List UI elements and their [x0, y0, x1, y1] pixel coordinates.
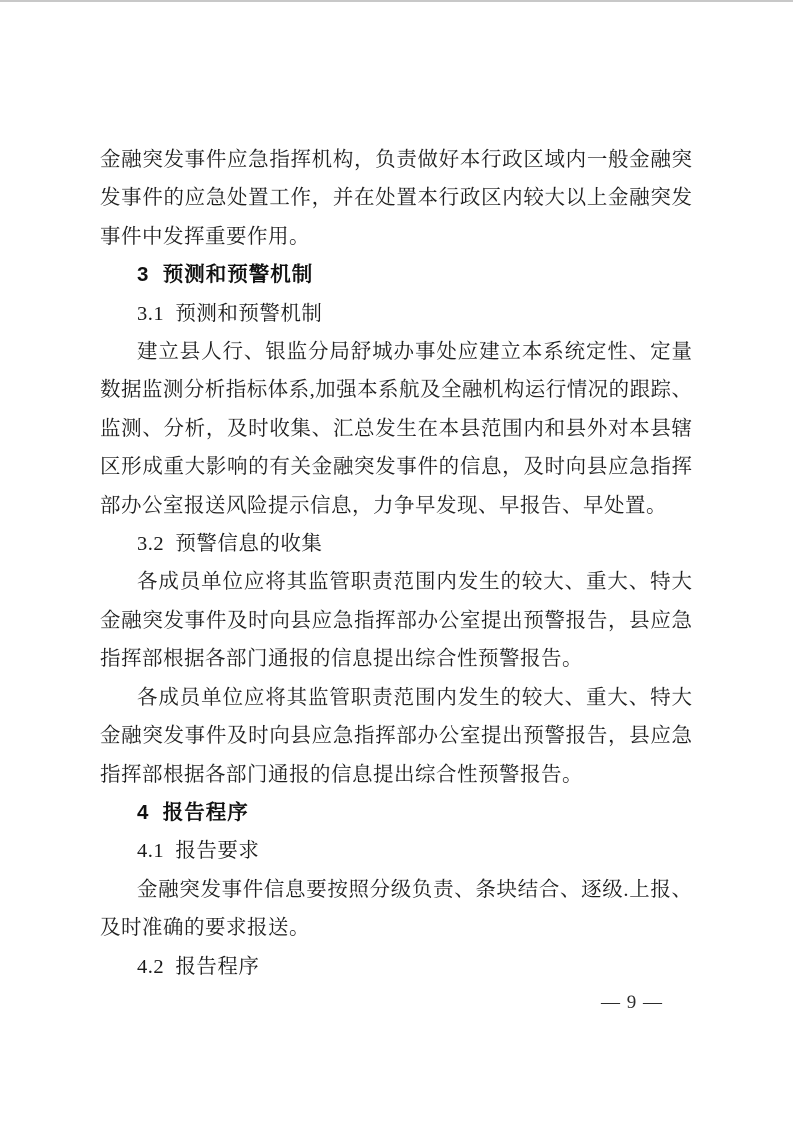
document-text-block: 金融突发事件应急指挥机构，负责做好本行政区域内一般金融突发事件的应急处置工作，并… — [100, 141, 692, 986]
subsection-heading: 3.1 预测和预警机制 — [100, 295, 692, 333]
body-line: 及时准确的要求报送。 — [100, 909, 692, 947]
body-line: 数据监测分析指标体系,加强本系航及全融机构运行情况的跟踪、 — [100, 371, 692, 409]
subsection-heading: 4.2 报告程序 — [100, 948, 692, 986]
body-line: 监测、分析，及时收集、汇总发生在本县范围内和县外对本县辖 — [100, 410, 692, 448]
body-line: 各成员单位应将其监管职责范围内发生的较大、重大、特大 — [100, 679, 692, 717]
subsection-heading: 3.2 预警信息的收集 — [100, 525, 692, 563]
page-number: — 9 — — [601, 991, 663, 1015]
body-line: 部办公室报送风险提示信息，力争早发现、早报告、早处置。 — [100, 487, 692, 525]
scan-artifact-line — [0, 0, 793, 2]
document-page: 金融突发事件应急指挥机构，负责做好本行政区域内一般金融突发事件的应急处置工作，并… — [0, 0, 793, 1122]
body-line: 各成员单位应将其监管职责范围内发生的较大、重大、特大 — [100, 563, 692, 601]
body-line: 区形成重大影响的有关金融突发事件的信息，及时向县应急指挥 — [100, 448, 692, 486]
section-heading: 4 报告程序 — [100, 794, 692, 832]
body-line: 指挥部根据各部门通报的信息提出综合性预警报告。 — [100, 756, 692, 794]
body-line: 金融突发事件信息要按照分级负责、条块结合、逐级.上报、 — [100, 871, 692, 909]
body-line: 金融突发事件及时向县应急指挥部办公室提出预警报告，县应急 — [100, 717, 692, 755]
body-line: 事件中发挥重要作用。 — [100, 218, 692, 256]
body-line: 金融突发事件及时向县应急指挥部办公室提出预警报告，县应急 — [100, 602, 692, 640]
body-line: 建立县人行、银监分局舒城办事处应建立本系统定性、定量 — [100, 333, 692, 371]
section-heading: 3 预测和预警机制 — [100, 256, 692, 294]
body-line: 发事件的应急处置工作，并在处置本行政区内较大以上金融突发 — [100, 179, 692, 217]
body-line: 金融突发事件应急指挥机构，负责做好本行政区域内一般金融突 — [100, 141, 692, 179]
body-line: 指挥部根据各部门通报的信息提出综合性预警报告。 — [100, 640, 692, 678]
subsection-heading: 4.1 报告要求 — [100, 832, 692, 870]
